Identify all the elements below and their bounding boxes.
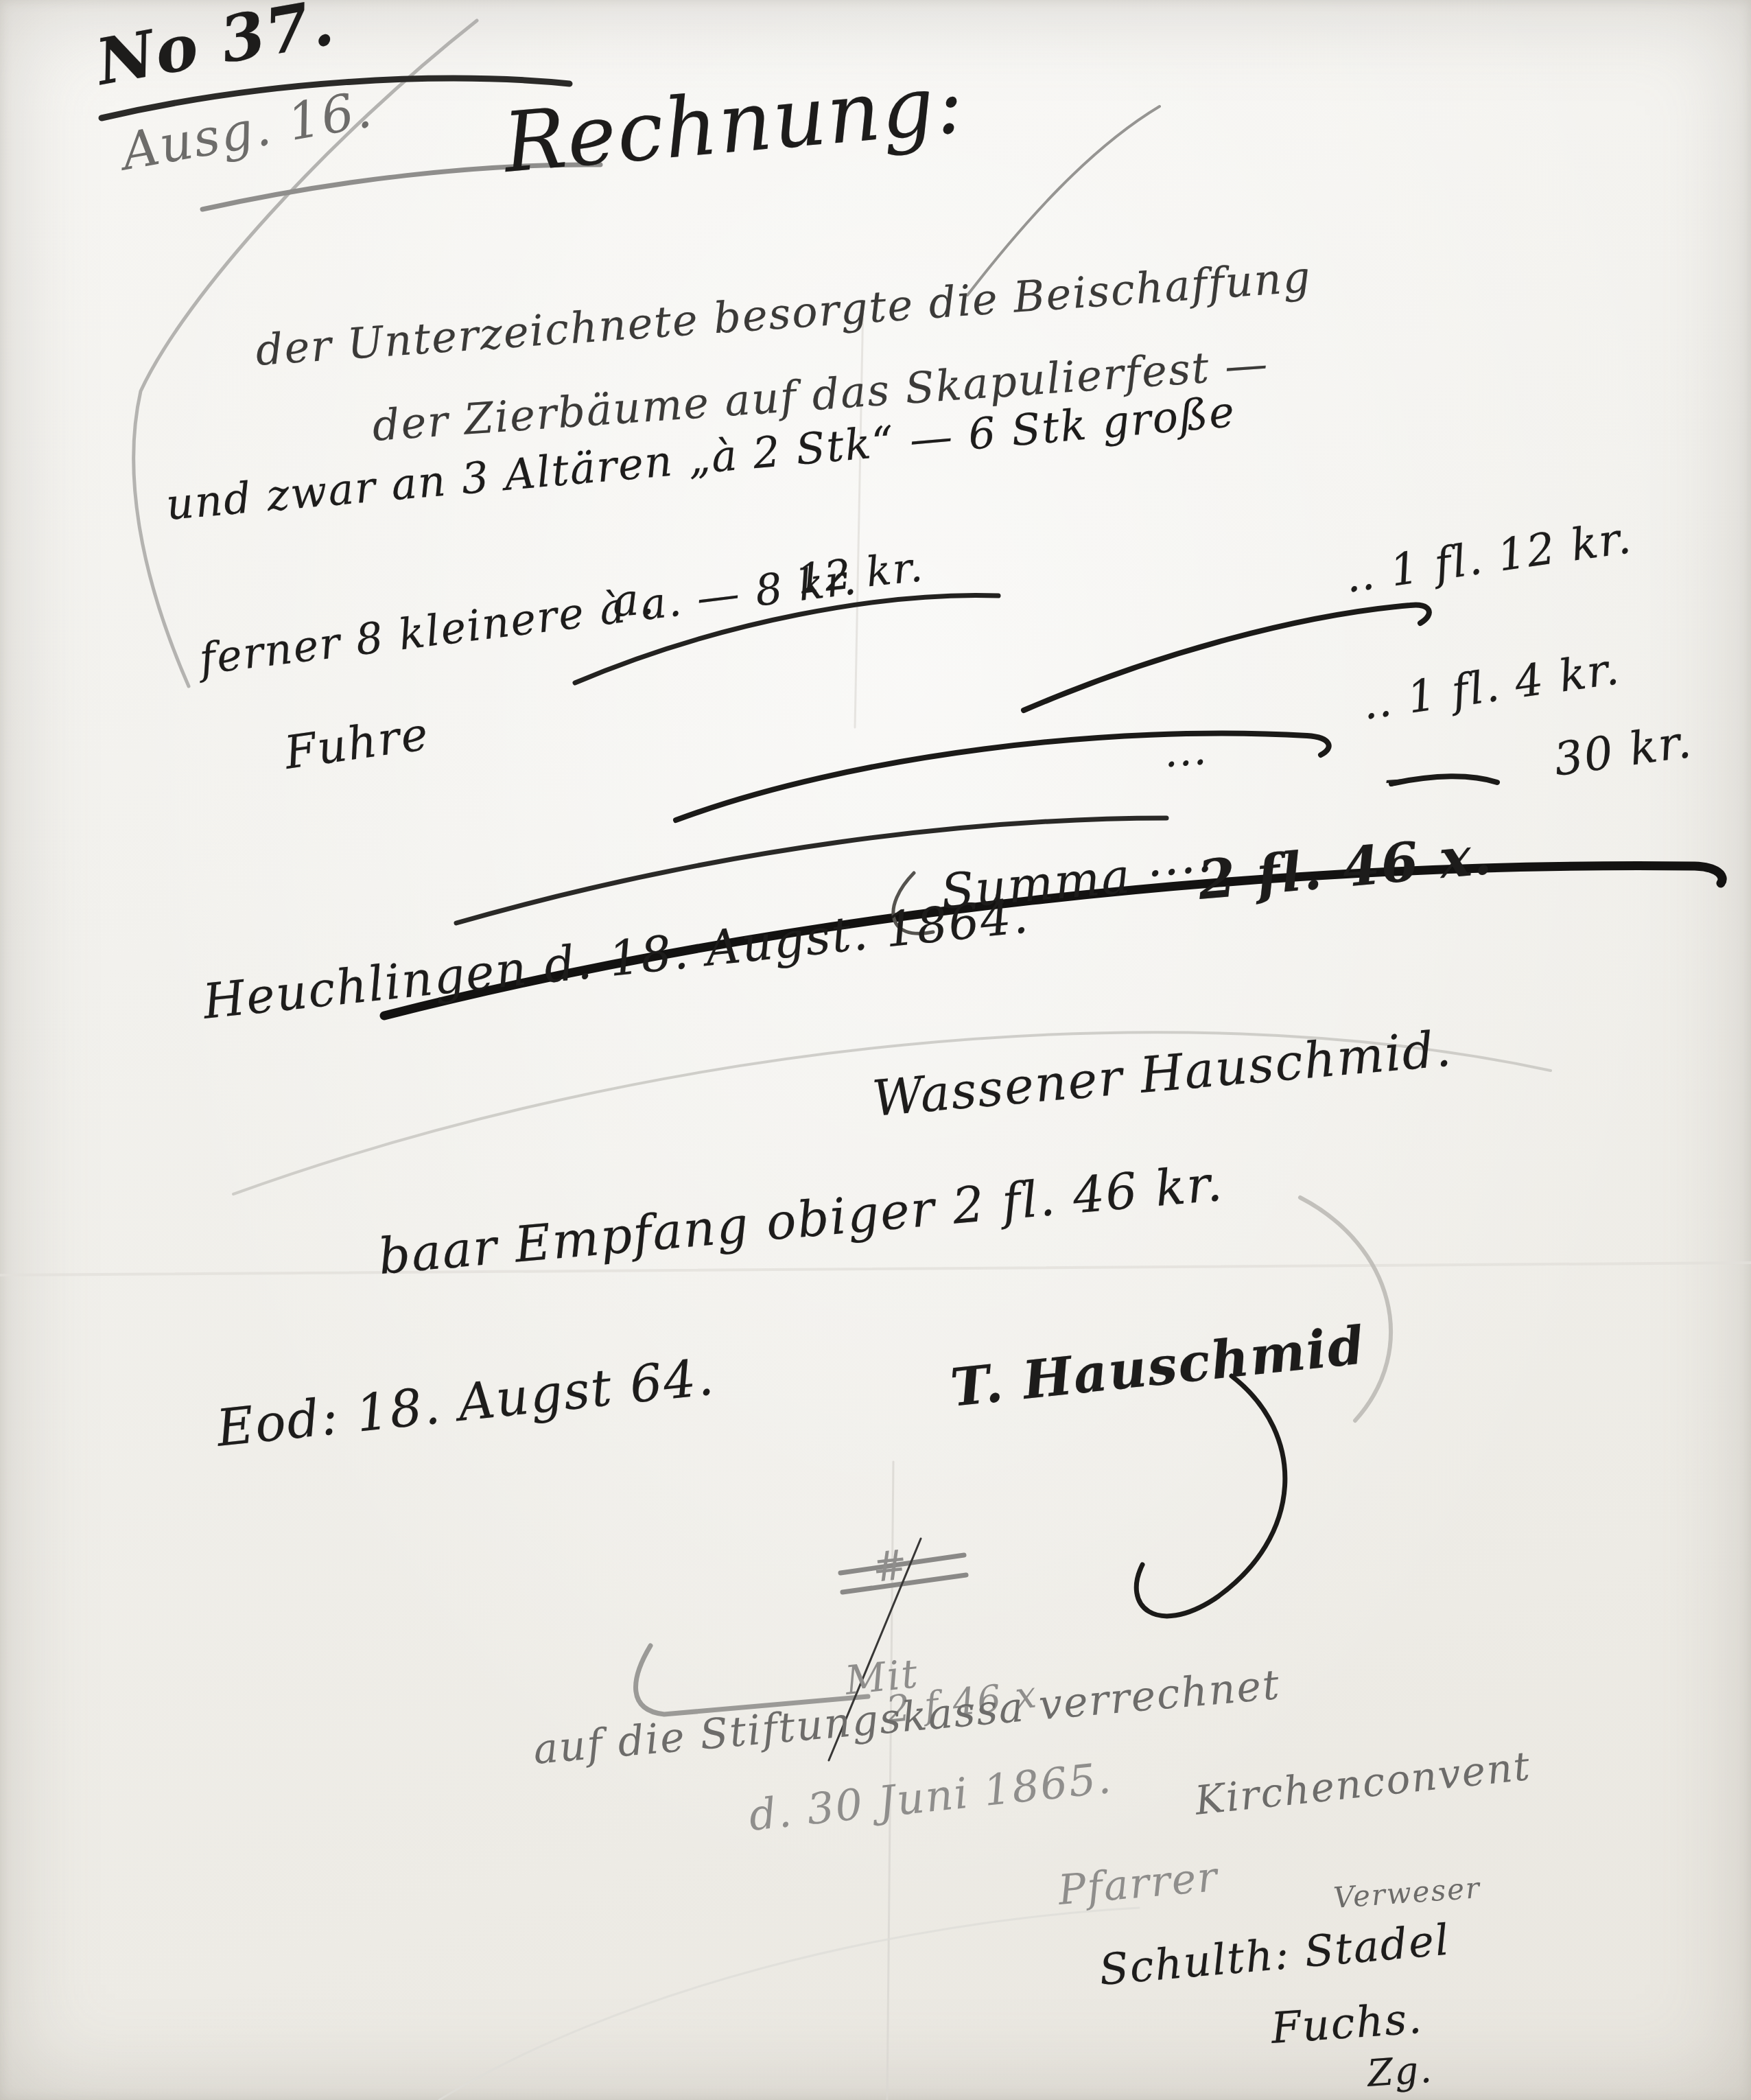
receipt-text: baar Empfang obiger 2 fl. 46 kr.: [377, 1158, 1225, 1281]
page-title: Rechnung:: [501, 63, 968, 185]
item-3-dots: ···: [1164, 742, 1210, 786]
signature-descender-flourish: [1136, 1376, 1285, 1616]
dash-row2: [676, 733, 1329, 820]
fold-crease-horizontal: [0, 1263, 1751, 1275]
item-3-label: Fuhre: [282, 711, 432, 776]
pencil-convent-label: Kirchenconvent: [1193, 1746, 1533, 1821]
main-signature: Wassener Hauschmid.: [871, 1023, 1455, 1123]
item-2-amount: ‥ 1 fl. 4 kr.: [1359, 647, 1623, 727]
item-1-amount: ‥ 1 fl. 12 kr.: [1342, 516, 1634, 600]
item-3-amount: 30 kr.: [1551, 719, 1695, 783]
doc-number: No 37.: [92, 0, 339, 94]
fold-crease-vertical-top: [855, 302, 863, 727]
item-2-label: ferner 8 kleinere à a. — 8 kr.: [197, 558, 859, 681]
signature-zg: Zg.: [1366, 2051, 1434, 2092]
pencil-note-line-4: d. 30 Juni 1865.: [747, 1757, 1114, 1837]
scanned-invoice-page: No 37. Ausg. 16. Rechnung: der Unterzeic…: [0, 0, 1751, 2100]
signature-schultheiss: Schulth: Stadel: [1098, 1919, 1452, 1992]
fold-crease-bottom-arc: [439, 1908, 1139, 2100]
pencil-signature-pfarrer: Pfarrer: [1057, 1856, 1220, 1911]
pencil-hash-mark: #: [871, 1544, 910, 1589]
total-amount: 2 fl. 46 x.: [1196, 829, 1494, 908]
doc-number-pencil: Ausg. 16.: [118, 84, 376, 178]
signature-fuchs: Fuchs.: [1270, 1997, 1424, 2050]
place-date-line: Heuchlingen d. 18. Augst. 1864.: [201, 891, 1031, 1026]
item-3-dash: —: [1383, 756, 1429, 800]
pencil-arc-right: [1300, 1198, 1391, 1421]
pencil-signature-note: Verweser: [1332, 1874, 1481, 1913]
receipt-signature: T. Hauschmid: [948, 1319, 1367, 1414]
receipt-date-note: Eod: 18. Augst 64.: [214, 1351, 717, 1454]
